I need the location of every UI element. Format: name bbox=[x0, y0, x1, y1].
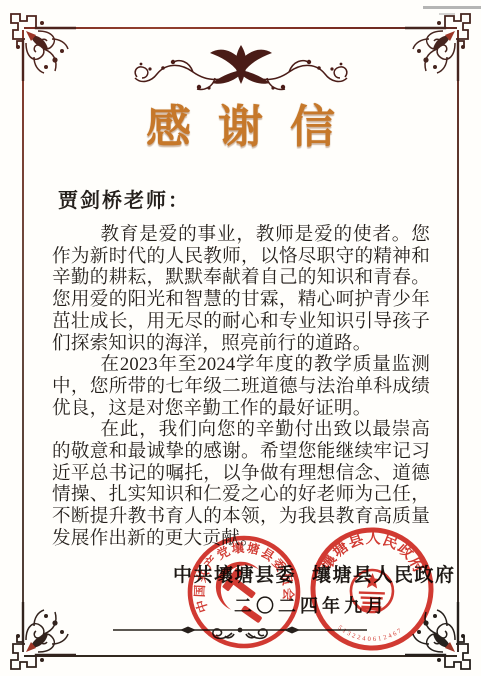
national-emblem-icon bbox=[350, 569, 393, 612]
body-paragraph: 教育是爱的事业，教师是爱的使者。您作为新时代的人民教师，以恪尽职守的精神和辛勤的… bbox=[52, 224, 430, 354]
floral-flourish-icon bbox=[127, 42, 355, 94]
corner-ornament-icon bbox=[0, 602, 76, 676]
salutation: 贾剑桥老师： bbox=[58, 184, 430, 213]
letter-body: 贾剑桥老师： 教育是爱的事业，教师是爱的使者。您作为新时代的人民教师，以恪尽职守… bbox=[52, 184, 430, 550]
frame-border-top bbox=[24, 27, 457, 29]
svg-text:中国共产党壤塘县委员会: 中国共产党壤塘县委员会 bbox=[186, 534, 298, 615]
government-seal-icon: 壤塘县人民政府 5132240612467 bbox=[304, 521, 441, 658]
thank-you-letter-page: 感谢信 贾剑桥老师： 教育是爱的事业，教师是爱的使者。您作为新时代的人民教师，以… bbox=[0, 0, 481, 676]
letter-title: 感谢信 bbox=[0, 90, 481, 155]
body-paragraph: 在2023年至2024学年度的教学质量监测中，您所带的七年级二班道德与法治单科成… bbox=[52, 354, 430, 419]
hammer-sickle-icon bbox=[213, 559, 266, 628]
corner-ornament-icon bbox=[405, 1, 481, 81]
party-seal-ring-text: 中国共产党壤塘县委员会 bbox=[186, 534, 298, 615]
corner-ornament-icon bbox=[0, 1, 76, 81]
party-committee-seal-icon: 中国共产党壤塘县委员会 bbox=[176, 524, 312, 660]
